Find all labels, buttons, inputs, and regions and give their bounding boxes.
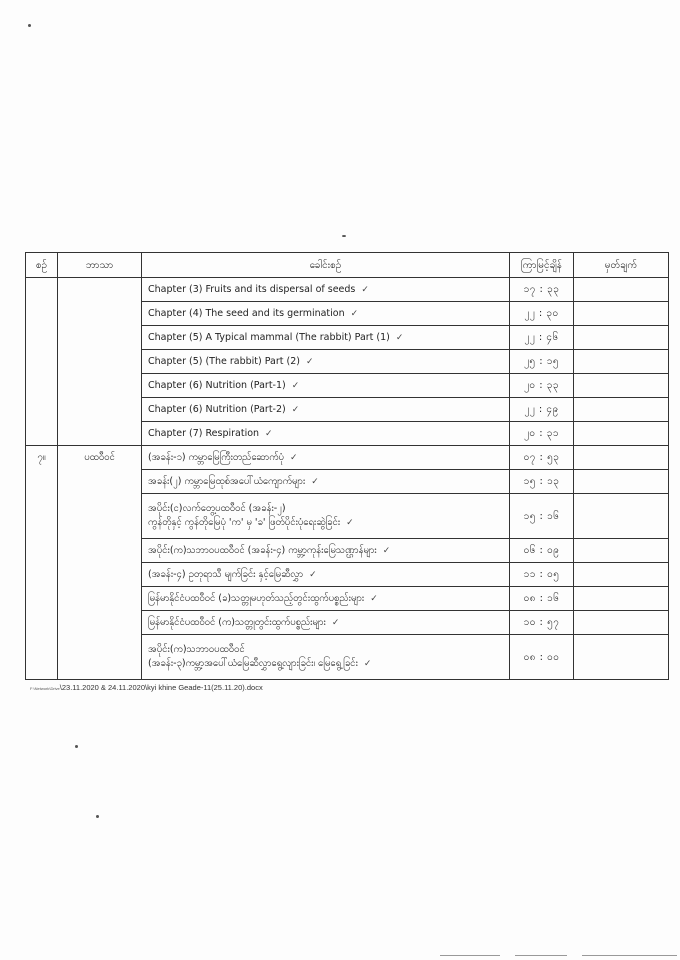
cell-topic: Chapter (6) Nutrition (Part-1)✓ (142, 374, 510, 398)
cell-subject (58, 278, 142, 446)
cell-remarks (574, 635, 669, 680)
document-file-path: F:\Network\Drive\23.11.2020 & 24.11.2020… (30, 683, 263, 692)
check-mark-icon: ✓ (332, 618, 340, 628)
cell-topic: Chapter (5) A Typical mammal (The rabbit… (142, 326, 510, 350)
scan-speck (28, 24, 31, 27)
topic-text: (အခန်း-၁) ကမ္ဘာမြေကြီးတည်ဆောက်ပုံ✓ (148, 451, 503, 465)
check-mark-icon: ✓ (265, 429, 273, 439)
cell-number: ၇။ (26, 446, 58, 680)
cell-topic: မြန်မာနိုင်ငံပထဝီဝင် (က)သတ္တုတွင်းထွက်ပစ… (142, 611, 510, 635)
cell-remarks (574, 539, 669, 563)
cell-remarks (574, 470, 669, 494)
topic-text: Chapter (6) Nutrition (Part-2)✓ (148, 403, 503, 417)
check-mark-icon: ✓ (361, 285, 369, 295)
cell-number (26, 278, 58, 446)
cell-remarks (574, 326, 669, 350)
cell-duration: ၁၀ : ၅၇ (510, 611, 574, 635)
topic-text: Chapter (6) Nutrition (Part-1)✓ (148, 379, 503, 393)
topic-text: Chapter (4) The seed and its germination… (148, 307, 503, 321)
page-edge-rule (515, 955, 567, 956)
topic-text: အပိုင်း(င)လက်တွေ့ပထဝီဝင် (အခန်း-၂) (148, 502, 503, 516)
cell-duration: ၀၇ : ၅၃ (510, 446, 574, 470)
cell-subject: ပထဝီဝင် (58, 446, 142, 680)
path-text: \23.11.2020 & 24.11.2020\kyi khine Geade… (60, 683, 263, 692)
cell-duration: ၀၈ : ၀၀ (510, 635, 574, 680)
cell-duration: ၁၇ : ၃၃ (510, 278, 574, 302)
cell-topic: အပိုင်း(က)သဘာဝပထဝီဝင်(အခန်း-၃)ကမ္ဘာ့အပေါ… (142, 635, 510, 680)
cell-duration: ၂၂ : ၃၀ (510, 302, 574, 326)
check-mark-icon: ✓ (346, 518, 354, 528)
header-duration: ကြာမြင့်ချိန် (510, 253, 574, 278)
schedule-table: စဉ် ဘာသာ ခေါင်းစဉ် ကြာမြင့်ချိန် မှတ်ချက… (25, 252, 669, 680)
table-body: Chapter (3) Fruits and its dispersal of … (26, 278, 669, 680)
header-remarks: မှတ်ချက် (574, 253, 669, 278)
cell-remarks (574, 446, 669, 470)
check-mark-icon: ✓ (309, 570, 317, 580)
cell-topic: အပိုင်း(င)လက်တွေ့ပထဝီဝင် (အခန်း-၂)ကွန်တိ… (142, 494, 510, 539)
cell-remarks (574, 278, 669, 302)
scan-speck (342, 235, 346, 237)
cell-duration: ၁၁ : ၀၅ (510, 563, 574, 587)
check-mark-icon: ✓ (292, 405, 300, 415)
header-subject: ဘာသာ (58, 253, 142, 278)
cell-duration: ၂၂ : ၄၉ (510, 398, 574, 422)
path-prefix: F:\Network\Drive (30, 686, 60, 691)
cell-duration: ၁၅ : ၁၃ (510, 470, 574, 494)
topic-text: မြန်မာနိုင်ငံပထဝီဝင် (ခ)သတ္တုမဟုတ်သည့်တွ… (148, 592, 503, 606)
topic-text: ကွန်တိုနှင့် ကွန်တိုမြေပုံ 'က' မှ 'ခ' ဖြ… (148, 516, 503, 530)
cell-remarks (574, 611, 669, 635)
cell-duration: ၂၀ : ၃၁ (510, 422, 574, 446)
topic-text: (အခန်း-၃)ကမ္ဘာ့အပေါ်ယံမြေဆီလွှာရွေ့လျားခ… (148, 657, 503, 671)
header-no: စဉ် (26, 253, 58, 278)
cell-duration: ၀၆ : ၀၉ (510, 539, 574, 563)
topic-text: Chapter (3) Fruits and its dispersal of … (148, 283, 503, 297)
check-mark-icon: ✓ (292, 381, 300, 391)
topic-text: (အခန်း-၄) ဥတုရာသီ မျက်ခြင်း နှင့်မြေဆီလွ… (148, 568, 503, 582)
cell-remarks (574, 563, 669, 587)
page-edge-rule (440, 955, 500, 956)
topic-text: အခန်း(၂) ကမ္ဘာမြေထုစ်အပေါ်ယံကျောက်များ✓ (148, 475, 503, 489)
topic-text: မြန်မာနိုင်ငံပထဝီဝင် (က)သတ္တုတွင်းထွက်ပစ… (148, 616, 503, 630)
check-mark-icon: ✓ (364, 659, 372, 669)
topic-text: Chapter (5) (The rabbit) Part (2)✓ (148, 355, 503, 369)
cell-duration: ၀၈ : ၁၆ (510, 587, 574, 611)
check-mark-icon: ✓ (311, 477, 319, 487)
cell-remarks (574, 398, 669, 422)
check-mark-icon: ✓ (383, 546, 391, 556)
cell-topic: Chapter (4) The seed and its germination… (142, 302, 510, 326)
cell-topic: (အခန်း-၁) ကမ္ဘာမြေကြီးတည်ဆောက်ပုံ✓ (142, 446, 510, 470)
page-edge-rule (582, 955, 677, 956)
cell-topic: Chapter (7) Respiration✓ (142, 422, 510, 446)
table-header-row: စဉ် ဘာသာ ခေါင်းစဉ် ကြာမြင့်ချိန် မှတ်ချက… (26, 253, 669, 278)
topic-text: အပိုင်း(က)သဘာဝပထဝီဝင် (အခန်း-၄) ကမ္ဘာ့ကု… (148, 544, 503, 558)
cell-remarks (574, 494, 669, 539)
cell-duration: ၁၅ : ၁၆ (510, 494, 574, 539)
cell-topic: အခန်း(၂) ကမ္ဘာမြေထုစ်အပေါ်ယံကျောက်များ✓ (142, 470, 510, 494)
topic-text: Chapter (5) A Typical mammal (The rabbit… (148, 331, 503, 345)
cell-remarks (574, 374, 669, 398)
cell-remarks (574, 302, 669, 326)
cell-duration: ၂၅ : ၁၅ (510, 350, 574, 374)
topic-text: Chapter (7) Respiration✓ (148, 427, 503, 441)
cell-topic: မြန်မာနိုင်ငံပထဝီဝင် (ခ)သတ္တုမဟုတ်သည့်တွ… (142, 587, 510, 611)
table-row: ၇။ပထဝီဝင်(အခန်း-၁) ကမ္ဘာမြေကြီးတည်ဆောက်ပ… (26, 446, 669, 470)
cell-remarks (574, 587, 669, 611)
header-topic: ခေါင်းစဉ် (142, 253, 510, 278)
scan-speck (75, 745, 78, 748)
check-mark-icon: ✓ (306, 357, 314, 367)
cell-topic: Chapter (3) Fruits and its dispersal of … (142, 278, 510, 302)
scan-speck (96, 815, 99, 818)
cell-duration: ၂၀ : ၃၃ (510, 374, 574, 398)
cell-remarks (574, 350, 669, 374)
cell-topic: Chapter (6) Nutrition (Part-2)✓ (142, 398, 510, 422)
topic-text: အပိုင်း(က)သဘာဝပထဝီဝင် (148, 643, 503, 657)
check-mark-icon: ✓ (396, 333, 404, 343)
check-mark-icon: ✓ (290, 453, 298, 463)
check-mark-icon: ✓ (351, 309, 359, 319)
cell-topic: (အခန်း-၄) ဥတုရာသီ မျက်ခြင်း နှင့်မြေဆီလွ… (142, 563, 510, 587)
cell-remarks (574, 422, 669, 446)
cell-topic: Chapter (5) (The rabbit) Part (2)✓ (142, 350, 510, 374)
cell-topic: အပိုင်း(က)သဘာဝပထဝီဝင် (အခန်း-၄) ကမ္ဘာ့ကု… (142, 539, 510, 563)
table-row: Chapter (3) Fruits and its dispersal of … (26, 278, 669, 302)
check-mark-icon: ✓ (370, 594, 378, 604)
cell-duration: ၂၂ : ၄၆ (510, 326, 574, 350)
